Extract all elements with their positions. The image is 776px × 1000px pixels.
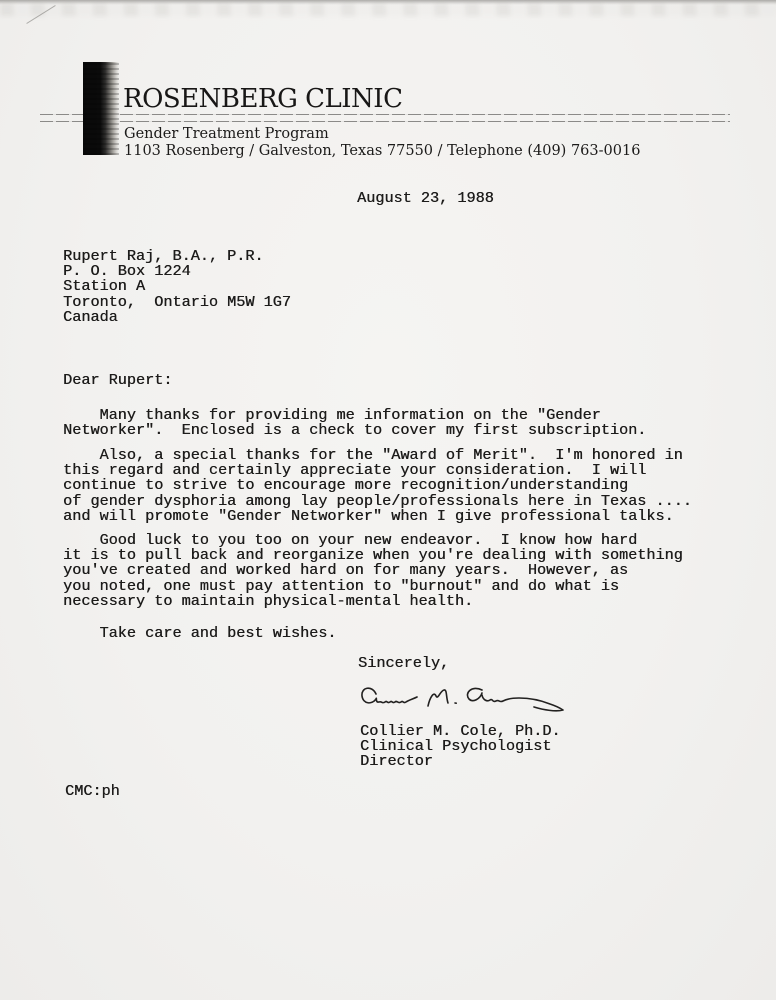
paragraph-4: Take care and best wishes.: [63, 626, 336, 641]
letterhead-rule-top: [40, 114, 730, 115]
scanned-letter-page: { "page": { "paper_color": "#f2f1ef", "i…: [0, 0, 776, 1000]
typed-signature-block: Collier M. Cole, Ph.D. Clinical Psycholo…: [360, 724, 561, 770]
paragraph-2: Also, a special thanks for the "Award of…: [63, 448, 692, 524]
program-name: Gender Treatment Program: [124, 126, 329, 142]
letterhead-rule-bottom: [40, 121, 730, 122]
scan-edge-mottle: [0, 3, 776, 16]
clinic-name: ROSENBERG CLINIC: [123, 86, 402, 113]
reference-initials: CMC:ph: [65, 784, 120, 799]
recipient-address: Rupert Raj, B.A., P.R. P. O. Box 1224 St…: [63, 249, 291, 325]
closing-sincerely: Sincerely,: [358, 656, 449, 671]
paragraph-1: Many thanks for providing me information…: [63, 408, 646, 438]
clinic-address-line: 1103 Rosenberg / Galveston, Texas 77550 …: [124, 143, 640, 159]
handwritten-signature: [356, 678, 568, 720]
letter-date: August 23, 1988: [357, 191, 494, 206]
paragraph-3: Good luck to you too on your new endeavo…: [63, 533, 683, 609]
salutation: Dear Rupert:: [63, 373, 172, 388]
letterhead-logo-bar: [83, 62, 119, 155]
